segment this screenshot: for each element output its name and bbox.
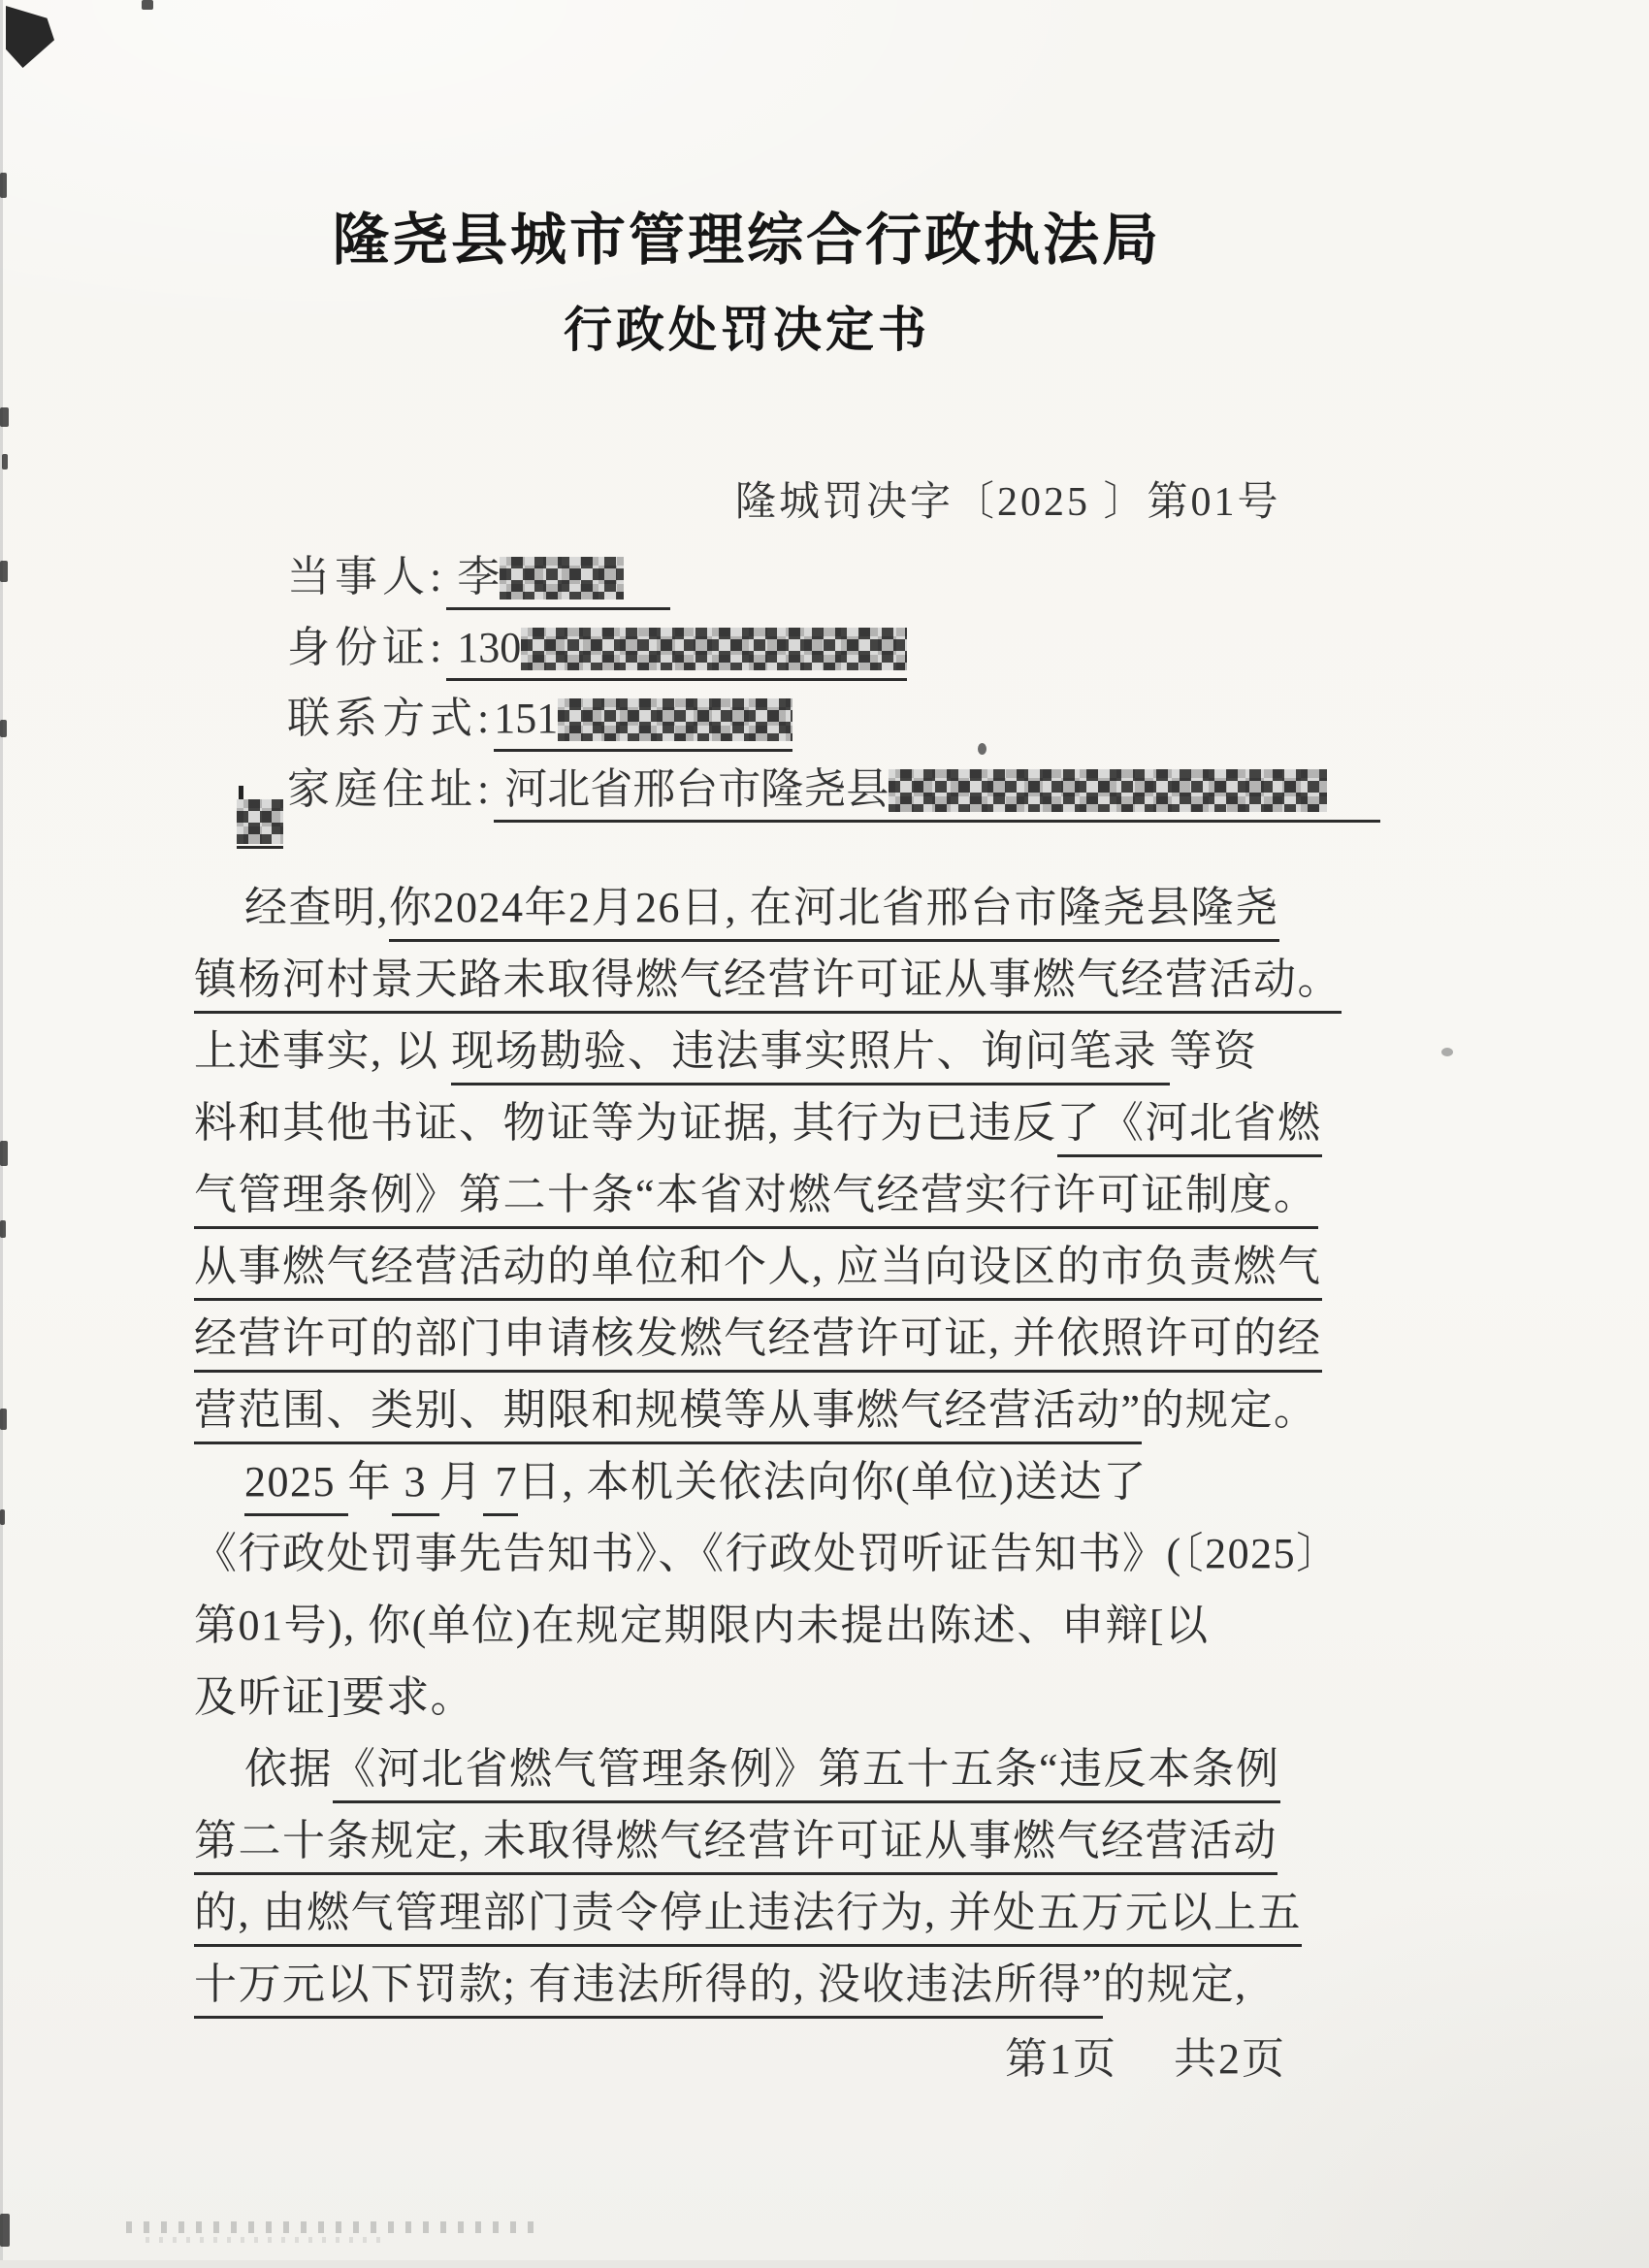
party-field-value: 李	[446, 553, 670, 610]
body-text-line: 十万元以下罚款; 有违法所得的, 没收违法所得”的规定,	[194, 1958, 1523, 2029]
scan-artifact	[0, 1141, 8, 1166]
scan-edge-shadow	[0, 0, 3, 2268]
underlined-text: 你2024年2月26日, 在河北省邢台市隆尧县隆尧	[389, 884, 1279, 942]
body-text-segment: 第01号), 你(单位)在规定期限内未提出陈述、申辩[以	[194, 1602, 1210, 1649]
page-footer: 第1页共2页	[1005, 2024, 1286, 2086]
body-text-line: 经营许可的部门申请核发燃气经营许可证, 并依照许可的经	[194, 1312, 1523, 1383]
body-text-line: 上述事实, 以 现场勘验、违法事实照片、询问笔录 等资	[194, 1024, 1523, 1096]
redaction-mosaic	[500, 557, 624, 599]
body-text-line: 及听证]要求。	[194, 1670, 1523, 1742]
party-field-label: 身份证:	[287, 624, 446, 671]
scan-noise	[145, 2237, 388, 2243]
scan-artifact	[239, 786, 243, 799]
scan-edge-strip	[0, 2260, 1649, 2268]
body-text-line: 依据《河北省燃气管理条例》第五十五条“违反本条例	[194, 1742, 1523, 1814]
underlined-text: 2025	[244, 1458, 348, 1516]
underlined-text: 营范围、类别、期限和规模等从事燃气经营活动”	[194, 1386, 1142, 1444]
underlined-text: 3	[392, 1458, 439, 1516]
underlined-text: 了《河北省燃	[1057, 1099, 1322, 1157]
party-field-text: 李	[446, 553, 500, 600]
party-field-text: 河北省邢台市隆尧县	[494, 765, 889, 813]
scan-corner-mark	[6, 6, 54, 68]
party-field-value: 河北省邢台市隆尧县	[494, 765, 1380, 823]
underlined-text: 的, 由燃气管理部门责令停止违法行为, 并处五万元以上五	[194, 1889, 1302, 1947]
blank-underline-tail	[624, 587, 670, 591]
body-text-segment: 的规定。	[1142, 1386, 1318, 1434]
underlined-text: 从事燃气经营活动的单位和个人, 应当向设区的市负责燃气	[194, 1243, 1322, 1301]
address-continuation-value	[237, 823, 283, 849]
scan-artifact	[0, 561, 8, 582]
underlined-text: 7	[483, 1458, 518, 1516]
party-info-block: 当事人: 李身份证: 130联系方式:151家庭住址: 河北省邢台市隆尧县	[287, 541, 1380, 825]
underlined-text: 镇杨河村景天路未取得燃气经营许可证从事燃气经营活动。	[194, 956, 1342, 1014]
redaction-mosaic	[521, 628, 907, 670]
scan-artifact	[2, 454, 8, 470]
underlined-text: 《河北省燃气管理条例》第五十五条“违反本条例	[333, 1745, 1280, 1803]
scan-artifact	[142, 0, 153, 10]
party-field-row: 联系方式:151	[287, 683, 1380, 754]
body-text-segment: 上述事实, 以	[194, 1027, 451, 1075]
party-field-text: 130	[446, 624, 521, 671]
party-field-row: 身份证: 130	[287, 612, 1380, 683]
underlined-text: 气管理条例》第二十条“本省对燃气经营实行许可证制度。	[194, 1171, 1318, 1229]
party-field-value: 130	[446, 624, 907, 681]
document-title-type: 行政处罚决定书	[116, 291, 1377, 361]
scan-artifact	[0, 1409, 7, 1430]
scan-artifact	[0, 720, 7, 737]
body-text-line: 《行政处罚事先告知书》、《行政处罚听证告知书》(〔2025〕	[194, 1527, 1523, 1599]
redaction-mosaic	[889, 769, 1327, 812]
body-text-segment: 等资	[1170, 1027, 1258, 1075]
current-page-label: 第1页	[1005, 2035, 1117, 2083]
party-field-row: 当事人: 李	[287, 541, 1380, 612]
document-number: 隆城罚决字〔2025 〕第01号	[735, 470, 1281, 528]
underlined-text: 现场勘验、违法事实照片、询问笔录	[451, 1027, 1170, 1085]
party-field-label: 当事人:	[287, 553, 446, 600]
scan-artifact	[0, 2214, 10, 2247]
redaction-mosaic	[558, 698, 792, 741]
body-text-segment: 日, 本机关依法向你(单位)送达了	[518, 1458, 1148, 1506]
scan-artifact	[0, 173, 7, 198]
scan-artifact	[0, 1509, 5, 1525]
redaction-mosaic	[237, 799, 283, 844]
party-field-label: 家庭住址:	[287, 765, 494, 813]
blank-underline-tail	[1327, 799, 1380, 803]
body-text-segment: 依据	[244, 1745, 333, 1793]
body-text-segment: 料和其他书证、物证等为证据, 其行为已违反	[194, 1099, 1057, 1147]
scan-noise	[126, 2221, 543, 2233]
party-field-text: 151	[494, 695, 558, 742]
body-text-segment: 《行政处罚事先告知书》、《行政处罚听证告知书》(〔2025〕	[194, 1530, 1341, 1577]
body-text-line: 镇杨河村景天路未取得燃气经营许可证从事燃气经营活动。	[194, 953, 1523, 1024]
body-text-segment: 月	[439, 1458, 484, 1506]
body-text-line: 经查明,你2024年2月26日, 在河北省邢台市隆尧县隆尧	[194, 881, 1523, 953]
document-body: 经查明,你2024年2月26日, 在河北省邢台市隆尧县隆尧镇杨河村景天路未取得燃…	[194, 881, 1523, 2029]
party-field-value: 151	[494, 695, 792, 752]
body-text-segment: 的规定,	[1103, 1960, 1247, 2008]
body-text-line: 营范围、类别、期限和规模等从事燃气经营活动”的规定。	[194, 1383, 1523, 1455]
body-text-line: 第01号), 你(单位)在规定期限内未提出陈述、申辩[以	[194, 1599, 1523, 1670]
underlined-text: 经营许可的部门申请核发燃气经营许可证, 并依照许可的经	[194, 1314, 1322, 1373]
body-text-line: 气管理条例》第二十条“本省对燃气经营实行许可证制度。	[194, 1168, 1523, 1240]
address-continuation	[237, 799, 283, 844]
document-title-agency: 隆尧县城市管理综合行政执法局	[116, 194, 1377, 275]
body-text-line: 从事燃气经营活动的单位和个人, 应当向设区的市负责燃气	[194, 1240, 1523, 1312]
body-text-line: 第二十条规定, 未取得燃气经营许可证从事燃气经营活动	[194, 1814, 1523, 1886]
party-field-row: 家庭住址: 河北省邢台市隆尧县	[287, 754, 1380, 825]
body-text-line: 的, 由燃气管理部门责令停止违法行为, 并处五万元以上五	[194, 1886, 1523, 1958]
underlined-text: 第二十条规定, 未取得燃气经营许可证从事燃气经营活动	[194, 1817, 1277, 1875]
body-text-segment: 经查明,	[244, 884, 389, 931]
body-text-segment: 及听证]要求。	[194, 1673, 474, 1721]
scanned-document-page: 隆尧县城市管理综合行政执法局 行政处罚决定书 隆城罚决字〔2025 〕第01号 …	[0, 0, 1649, 2268]
scan-artifact	[0, 1220, 6, 1238]
body-text-line: 2025 年 3 月 7日, 本机关依法向你(单位)送达了	[194, 1455, 1523, 1527]
party-field-label: 联系方式:	[287, 695, 494, 742]
scan-artifact	[0, 407, 9, 427]
total-pages-label: 共2页	[1174, 2035, 1286, 2083]
body-text-line: 料和其他书证、物证等为证据, 其行为已违反了《河北省燃	[194, 1096, 1523, 1168]
underlined-text: 十万元以下罚款; 有违法所得的, 没收违法所得”	[194, 1960, 1103, 2019]
body-text-segment: 年	[348, 1458, 393, 1506]
